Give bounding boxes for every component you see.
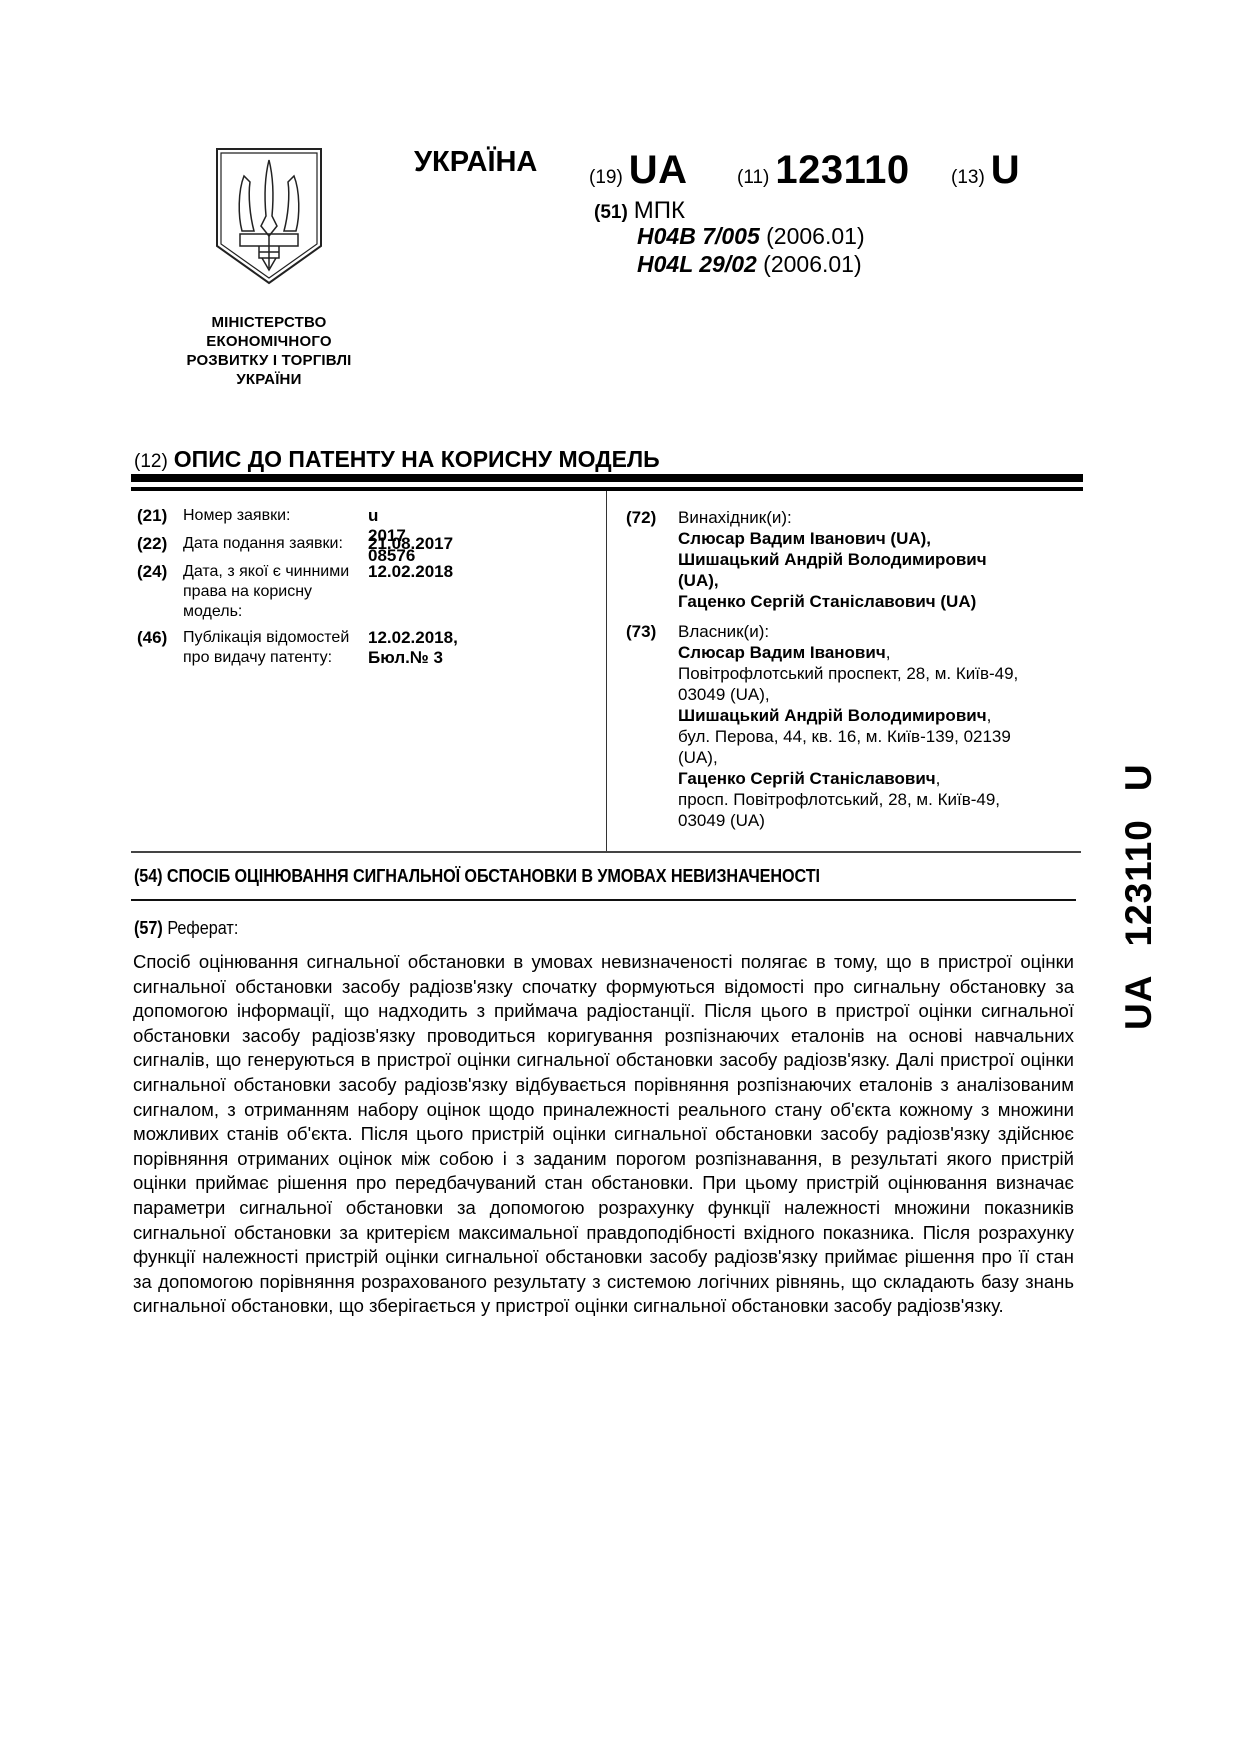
side-country: UA (1118, 975, 1159, 1030)
filing-date: 21.08.2017 (368, 534, 453, 554)
ipc-code: H04B 7/005 (637, 223, 760, 249)
abstract-text: Спосіб оцінювання сигнальної обстановки … (133, 950, 1074, 1319)
country-code: (19) UA (589, 148, 688, 193)
bib-label: модель: (183, 602, 363, 622)
bib-label: Дата, з якої є чинними (183, 562, 363, 582)
inventor-name: Гаценко Сергій Станіславович (UA) (678, 591, 1088, 612)
bib-label: Номер заявки: (183, 506, 363, 526)
invention-title-text: СПОСІБ ОЦІНЮВАННЯ СИГНАЛЬНОЇ ОБСТАНОВКИ … (167, 866, 820, 886)
side-patent-label: UA123110U (1118, 990, 1160, 1030)
owner-address: 03049 (UA), (678, 684, 1088, 705)
ipc-class: H04L 29/02 (2006.01) (637, 251, 862, 278)
owner-address: (UA), (678, 747, 1088, 768)
ipc-version: (2006.01) (763, 251, 861, 277)
inid-code: (51) (594, 202, 628, 223)
patent-number: (11) 123110 (737, 148, 910, 193)
inid-code: (72) (626, 507, 656, 528)
inventor-name: Шишацький Андрій Володимирович (678, 549, 1088, 570)
document-type-title: (12)ОПИС ДО ПАТЕНТУ НА КОРИСНУ МОДЕЛЬ (134, 446, 660, 473)
abstract-label-text: Реферат: (167, 918, 238, 938)
bib-label: Публікація відомостей (183, 628, 363, 648)
invention-title: (54) СПОСІБ ОЦІНЮВАННЯ СИГНАЛЬНОЇ ОБСТАН… (134, 866, 820, 887)
ministry-line: МІНІСТЕРСТВО (160, 313, 378, 332)
effective-date: 12.02.2018 (368, 562, 453, 582)
divider (131, 899, 1076, 901)
divider (131, 851, 1081, 853)
coat-of-arms-icon (214, 146, 324, 286)
ipc-code: H04L 29/02 (637, 251, 757, 277)
inid-code: (21) (137, 506, 167, 526)
divider-thick (131, 474, 1083, 482)
owner-address: Повітрофлотський проспект, 28, м. Київ-4… (678, 663, 1088, 684)
ministry-line: РОЗВИТКУ І ТОРГІВЛІ (160, 351, 378, 370)
ipc-version: (2006.01) (766, 223, 864, 249)
ministry-line: УКРАЇНИ (160, 370, 378, 389)
document-kind-value: U (991, 148, 1020, 193)
owners-label: Власник(и): (678, 621, 1088, 642)
ipc-class: H04B 7/005 (2006.01) (637, 223, 865, 250)
bib-label: права на корисну (183, 582, 363, 602)
inid-code: (73) (626, 621, 656, 642)
owner-name: Шишацький Андрій Володимирович (678, 706, 987, 725)
divider-thin (131, 487, 1083, 491)
ministry-name: МІНІСТЕРСТВО ЕКОНОМІЧНОГО РОЗВИТКУ І ТОР… (160, 313, 378, 389)
owner-name: Слюсар Вадим Іванович (678, 643, 886, 662)
publication-info: 12.02.2018, Бюл.№ 3 (368, 628, 458, 668)
ministry-line: ЕКОНОМІЧНОГО (160, 332, 378, 351)
ipc-label-text: МПК (634, 197, 685, 224)
owner-address: просп. Повітрофлотський, 28, м. Київ-49, (678, 789, 1088, 810)
patent-number-value: 123110 (775, 148, 909, 193)
country-name: УКРАЇНА (414, 146, 537, 179)
inid-code: (24) (137, 562, 167, 582)
side-kind: U (1118, 763, 1159, 791)
inid-code: (57) (134, 918, 163, 938)
abstract-label: (57) Реферат: (134, 918, 238, 939)
inid-code: (46) (137, 628, 167, 648)
inid-code: (54) (134, 866, 162, 886)
document-kind: (13) U (951, 148, 1020, 193)
column-divider (606, 491, 607, 852)
bib-label: Дата подання заявки: (183, 534, 363, 554)
bib-label: про видачу патенту: (183, 648, 363, 668)
ipc-label: (51)МПК (594, 197, 685, 225)
owner-address: 03049 (UA) (678, 810, 1088, 831)
side-number: 123110 (1118, 819, 1159, 946)
inventors-label: Винахідник(и): (678, 507, 1088, 528)
inid-code: (13) (951, 167, 985, 189)
owner-name: Гаценко Сергій Станіславович (678, 769, 936, 788)
inid-code: (19) (589, 167, 623, 189)
inventor-name: (UA), (678, 570, 1088, 591)
inventor-name: Слюсар Вадим Іванович (UA), (678, 528, 1088, 549)
document-type-text: ОПИС ДО ПАТЕНТУ НА КОРИСНУ МОДЕЛЬ (174, 446, 660, 472)
country-code-value: UA (629, 148, 688, 193)
inid-code: (22) (137, 534, 167, 554)
inid-code: (12) (134, 451, 168, 472)
owner-address: бул. Перова, 44, кв. 16, м. Київ-139, 02… (678, 726, 1088, 747)
inid-code: (11) (737, 167, 769, 189)
